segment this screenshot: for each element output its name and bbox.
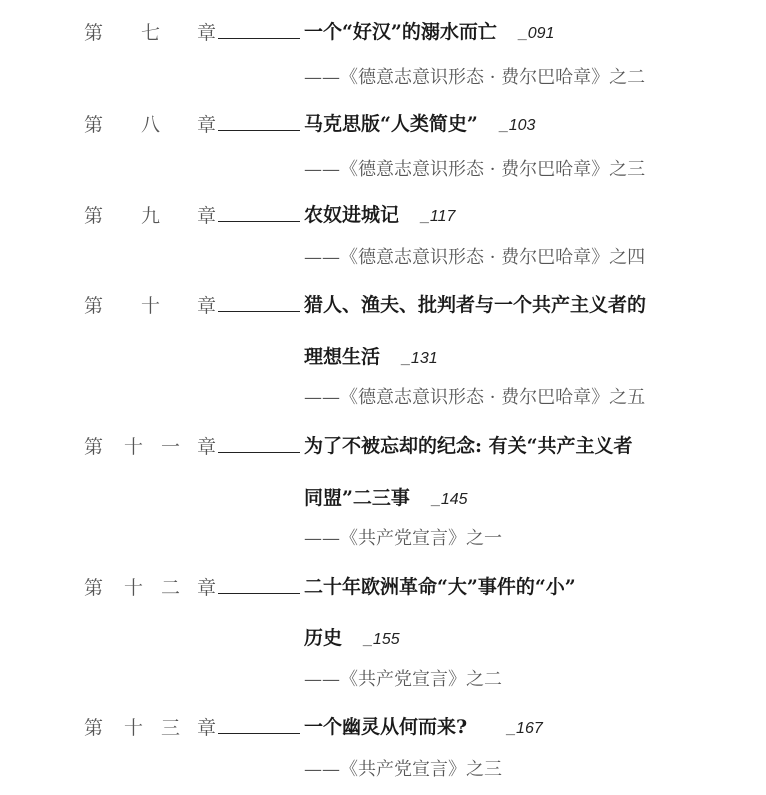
label-char: 章	[197, 18, 216, 45]
label-char: 十	[124, 713, 143, 740]
chapter-source: ——《共产党宣言》之一	[304, 524, 502, 550]
label-char: 第	[84, 432, 103, 459]
leader-rule	[218, 575, 300, 594]
chapter-source: ——《共产党宣言》之二	[304, 665, 502, 691]
label-char: 七	[141, 18, 160, 45]
label-char: 章	[197, 291, 216, 318]
page-number: _167	[507, 720, 543, 737]
leader-rule	[218, 203, 300, 222]
page-number: _091	[519, 25, 555, 42]
label-char: 三	[161, 713, 180, 740]
label-char: 第	[84, 110, 103, 137]
label-char: 一	[161, 432, 180, 459]
chapter-title: 马克思版“人类简史”_103	[304, 109, 535, 136]
leader-rule	[218, 20, 300, 39]
label-char: 十	[141, 291, 160, 318]
chapter-title: 猎人、渔夫、批判者与一个共产主义者的	[304, 290, 646, 317]
leader-rule	[218, 293, 300, 312]
page-number: _145	[432, 491, 468, 508]
label-char: 章	[197, 110, 216, 137]
page-number: _117	[421, 208, 455, 225]
label-char: 八	[141, 110, 160, 137]
label-char: 第	[84, 713, 103, 740]
chapter-title: 为了不被忘却的纪念: 有关“共产主义者	[304, 431, 633, 458]
chapter-title: 一个“好汉”的溺水而亡_091	[304, 17, 554, 44]
chapter-title: 二十年欧洲革命“大”事件的“小”	[304, 572, 576, 599]
label-char: 第	[84, 18, 103, 45]
leader-rule	[218, 715, 300, 734]
chapter-title: 农奴进城记_117	[304, 200, 455, 227]
page-number: _131	[402, 350, 438, 367]
label-char: 九	[141, 201, 160, 228]
page-number: _155	[364, 631, 400, 648]
chapter-title: 一个幽灵从何而来?_167	[304, 712, 543, 739]
label-char: 章	[197, 573, 216, 600]
label-char: 章	[197, 432, 216, 459]
leader-rule	[218, 112, 300, 131]
leader-rule	[218, 434, 300, 453]
label-char: 章	[197, 713, 216, 740]
chapter-source: ——《德意志意识形态 · 费尔巴哈章》之三	[304, 155, 645, 181]
chapter-source: ——《德意志意识形态 · 费尔巴哈章》之二	[304, 63, 645, 89]
chapter-title-cont: 同盟”二三事_145	[304, 483, 468, 510]
label-char: 十	[124, 573, 143, 600]
label-char: 第	[84, 201, 103, 228]
chapter-source: ——《德意志意识形态 · 费尔巴哈章》之四	[304, 243, 645, 269]
label-char: 十	[124, 432, 143, 459]
chapter-title-cont: 历史_155	[304, 623, 400, 650]
label-char: 第	[84, 573, 103, 600]
chapter-source: ——《共产党宣言》之三	[304, 755, 502, 781]
label-char: 章	[197, 201, 216, 228]
chapter-title-cont: 理想生活_131	[304, 342, 438, 369]
label-char: 第	[84, 291, 103, 318]
label-char: 二	[161, 573, 180, 600]
chapter-source: ——《德意志意识形态 · 费尔巴哈章》之五	[304, 383, 645, 409]
page-number: _103	[500, 117, 536, 134]
